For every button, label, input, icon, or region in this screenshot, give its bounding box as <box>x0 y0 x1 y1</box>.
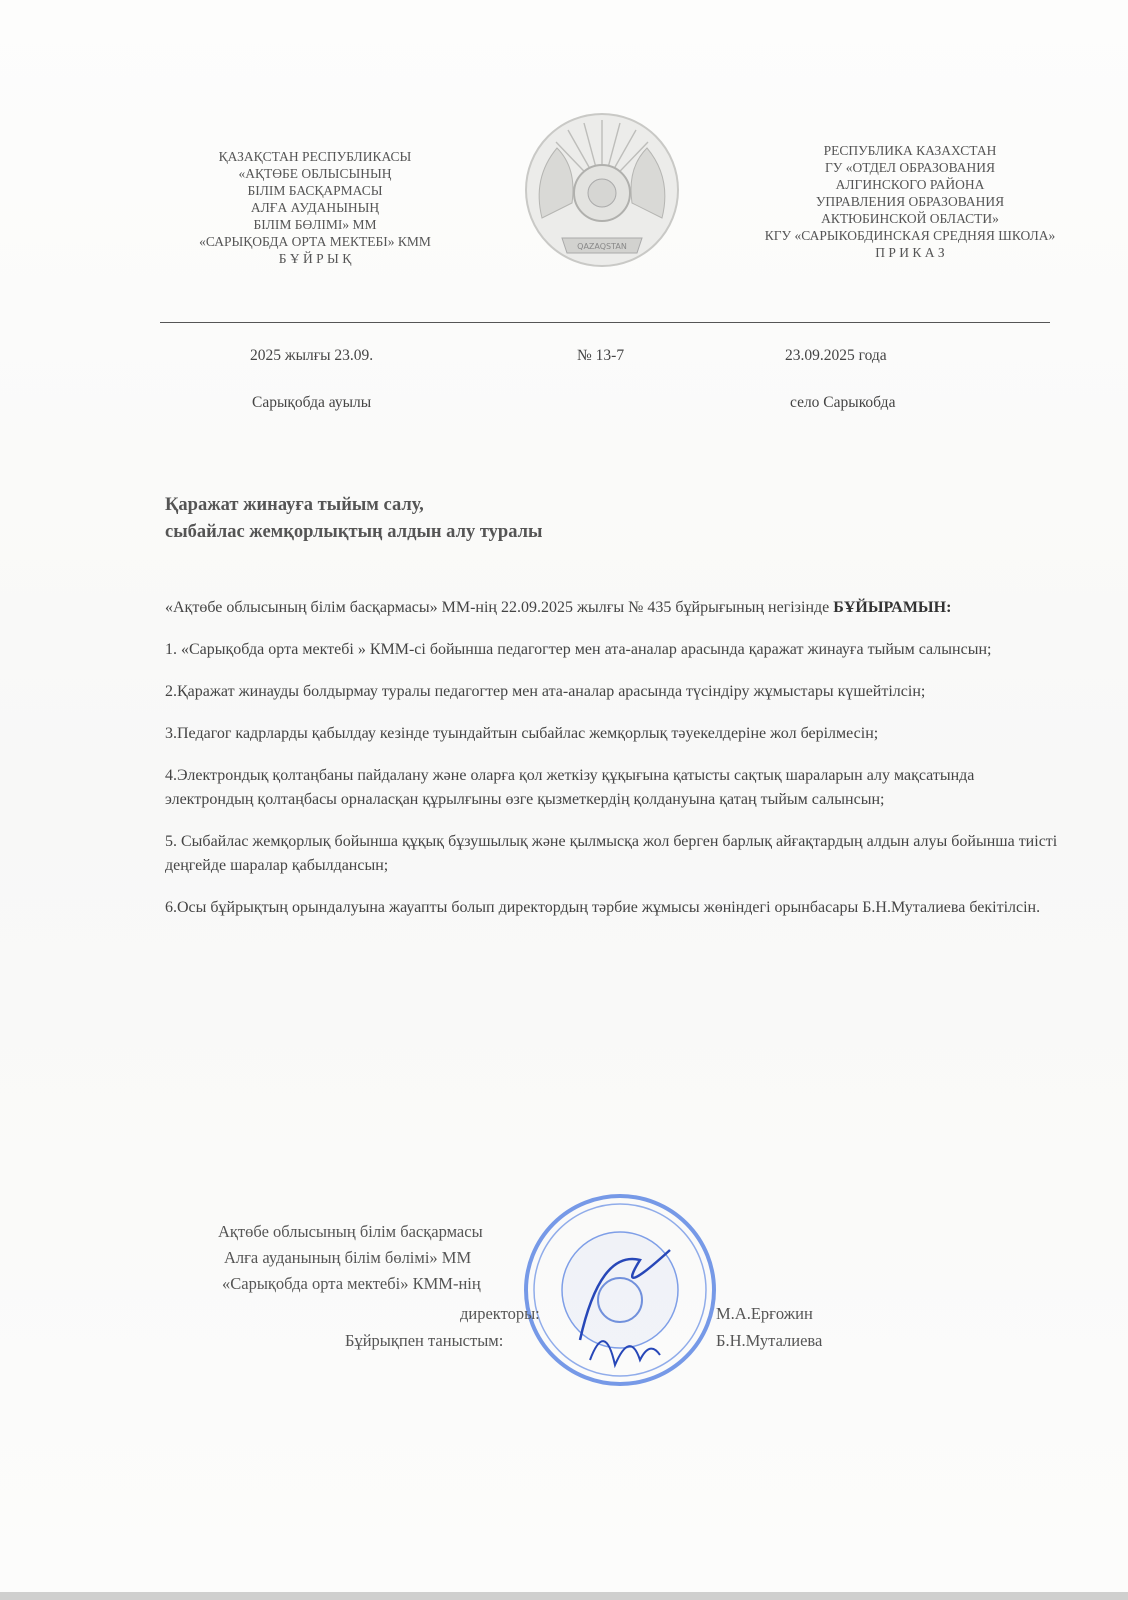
header-line: БІЛІМ БАСҚАРМАСЫ <box>155 182 475 199</box>
header-divider <box>160 322 1050 323</box>
document-page: ҚАЗАҚСТАН РЕСПУБЛИКАСЫ «АҚТӨБЕ ОБЛЫСЫНЫҢ… <box>0 0 1128 1592</box>
director-name: М.А.Ерғожин <box>716 1304 813 1324</box>
header-line: БІЛІМ БӨЛІМІ» ММ <box>155 216 475 233</box>
order-item-2: 2.Қаражат жинауды болдырмау туралы педаг… <box>165 680 1065 704</box>
order-title: Қаражат жинауға тыйым салу, сыбайлас жем… <box>165 492 542 546</box>
signature-role: директоры: <box>460 1304 540 1324</box>
date-russian: 23.09.2025 года <box>785 347 887 365</box>
header-line: РЕСПУБЛИКА КАЗАХСТАН <box>700 142 1120 159</box>
acquainted-label: Бұйрықпен таныстым: <box>345 1331 503 1351</box>
header-line: КГУ «САРЫКОБДИНСКАЯ СРЕДНЯЯ ШКОЛА» <box>700 227 1120 244</box>
order-body: «Ақтөбе облысының білім басқармасы» ММ-н… <box>165 596 1065 938</box>
signature-org-line-2: Алға ауданының білім бөлімі» ММ <box>224 1248 471 1268</box>
header-doc-type: П Р И К А З <box>700 244 1120 261</box>
order-item-4: 4.Электрондық қолтаңбаны пайдалану және … <box>165 764 1065 812</box>
acquainted-name: Б.Н.Муталиева <box>716 1331 822 1351</box>
title-line-1: Қаражат жинауға тыйым салу, <box>165 492 542 519</box>
scan-bottom-edge <box>0 1592 1128 1600</box>
header-line: ҚАЗАҚСТАН РЕСПУБЛИКАСЫ <box>155 148 475 165</box>
header-line: ГУ «ОТДЕЛ ОБРАЗОВАНИЯ <box>700 159 1120 176</box>
title-line-2: сыбайлас жемқорлықтың алдын алу туралы <box>165 519 542 546</box>
official-stamp-icon <box>520 1190 720 1390</box>
header-line: «САРЫҚОБДА ОРТА МЕКТЕБІ» КММ <box>155 233 475 250</box>
header-line: УПРАВЛЕНИЯ ОБРАЗОВАНИЯ <box>700 193 1120 210</box>
place-kazakh: Сарықобда ауылы <box>252 394 371 412</box>
place-russian: село Сарыкобда <box>790 394 895 412</box>
header-line: «АҚТӨБЕ ОБЛЫСЫНЫҢ <box>155 165 475 182</box>
header-left-kazakh: ҚАЗАҚСТАН РЕСПУБЛИКАСЫ «АҚТӨБЕ ОБЛЫСЫНЫҢ… <box>155 148 475 267</box>
date-kazakh: 2025 жылғы 23.09. <box>250 347 373 365</box>
order-item-6: 6.Осы бұйрықтың орындалуына жауапты болы… <box>165 896 1065 920</box>
order-item-3: 3.Педагог кадрларды қабылдау кезінде туы… <box>165 722 1065 746</box>
intro-paragraph: «Ақтөбе облысының білім басқармасы» ММ-н… <box>165 596 1065 620</box>
state-emblem-icon: QAZAQSTAN <box>522 108 682 273</box>
order-item-1: 1. «Сарықобда орта мектебі » КММ-сі бойы… <box>165 638 1065 662</box>
signature-org-line-3: «Сарықобда орта мектебі» КММ-нің <box>222 1274 481 1294</box>
header-line: АКТЮБИНСКОЙ ОБЛАСТИ» <box>700 210 1120 227</box>
header-line: АЛГИНСКОГО РАЙОНА <box>700 176 1120 193</box>
order-directive: БҰЙЫРАМЫН: <box>833 599 951 616</box>
header-right-russian: РЕСПУБЛИКА КАЗАХСТАН ГУ «ОТДЕЛ ОБРАЗОВАН… <box>700 142 1120 261</box>
order-item-5: 5. Сыбайлас жемқорлық бойынша құқық бұзу… <box>165 830 1065 878</box>
header-line: АЛҒА АУДАНЫНЫҢ <box>155 199 475 216</box>
order-number: № 13-7 <box>577 347 624 365</box>
signature-org-line-1: Ақтөбе облысының білім басқармасы <box>218 1222 483 1242</box>
svg-text:QAZAQSTAN: QAZAQSTAN <box>577 242 627 251</box>
header-doc-type: Б Ұ Й Р Ы Қ <box>155 250 475 267</box>
